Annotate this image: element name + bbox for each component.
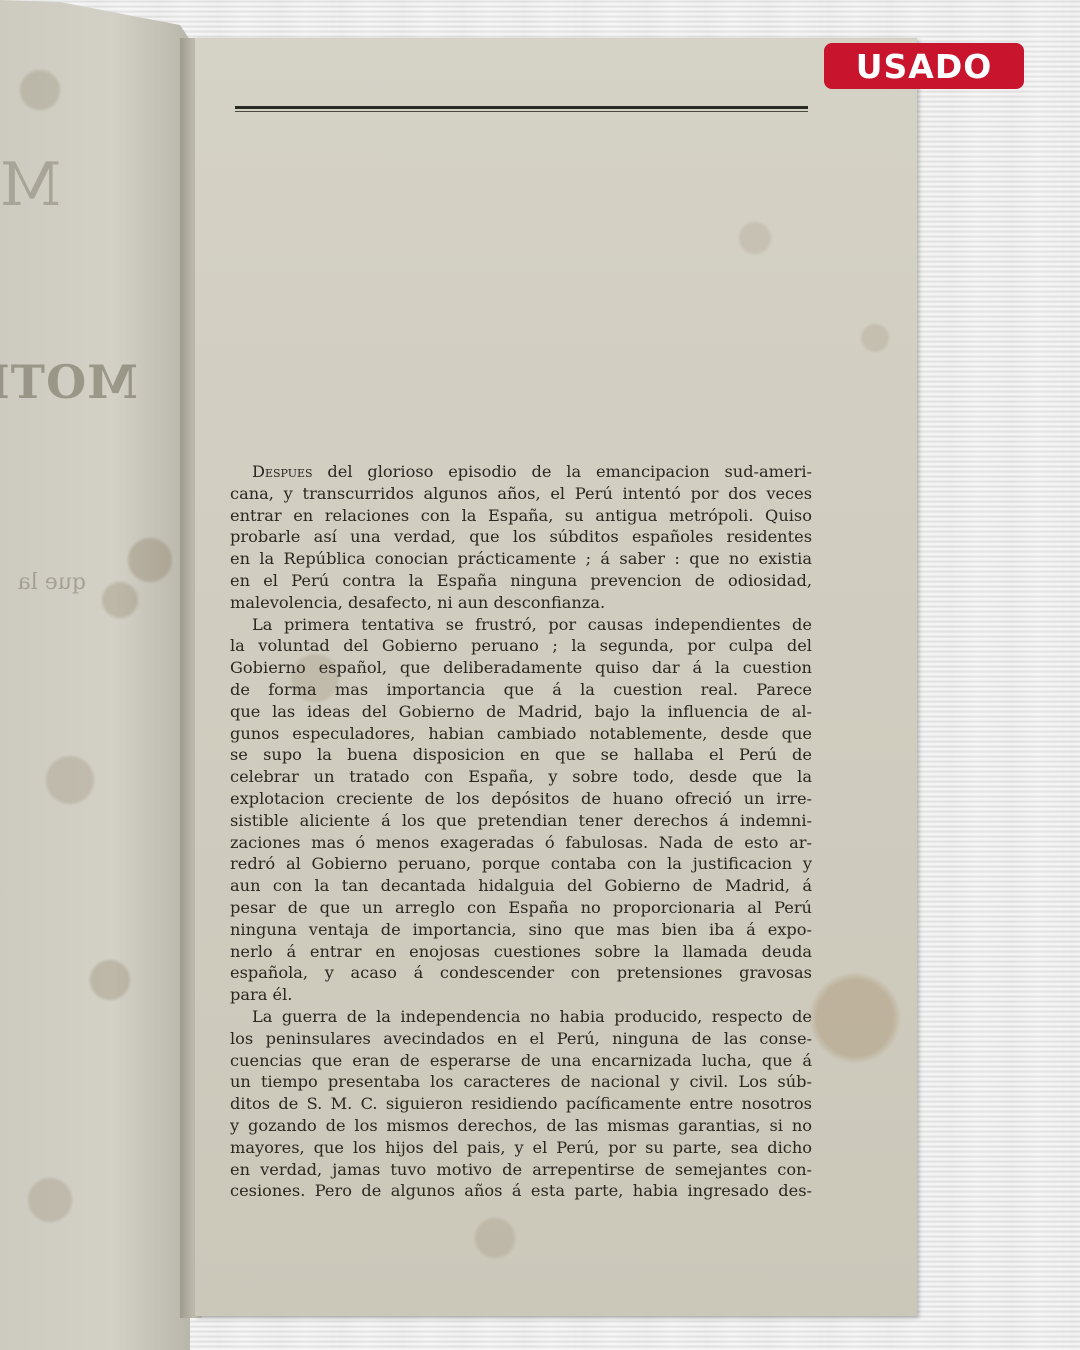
text-line: La guerra de la independencia no habia p…	[230, 1006, 812, 1028]
text-line: ditos de S. M. C. siguieron residiendo p…	[230, 1093, 812, 1115]
text-line: los peninsulares avecindados en el Perú,…	[230, 1028, 812, 1050]
text-line: en el Perú contra la España ninguna prev…	[230, 570, 812, 592]
text-line: nerlo á entrar en enojosas cuestiones so…	[230, 941, 812, 963]
text-line: y gozando de los mismos derechos, de las…	[230, 1115, 812, 1137]
text-line: se supo la buena disposicion en que se h…	[230, 744, 812, 766]
text-line: celebrar un tratado con España, y sobre …	[230, 766, 812, 788]
text-line: de forma mas importancia que á la cuesti…	[230, 679, 812, 701]
text-line: ninguna ventaja de importancia, sino que…	[230, 919, 812, 941]
text-line: entrar en relaciones con la España, su a…	[230, 505, 812, 527]
text-line: zaciones mas ó menos exageradas ó fabulo…	[230, 832, 812, 854]
text-line: gunos especuladores, habian cambiado not…	[230, 723, 812, 745]
header-rule	[235, 106, 808, 109]
right-page: Despues del glorioso episodio de la eman…	[195, 38, 917, 1316]
text-line: para él.	[230, 984, 812, 1006]
left-page-bleed-text-top: M	[0, 150, 61, 220]
left-page: M MOTIVO que la	[0, 0, 190, 1350]
text-line: cesiones. Pero de algunos años á esta pa…	[230, 1180, 812, 1202]
text-line: pesar de que un arreglo con España no pr…	[230, 897, 812, 919]
text-line: aun con la tan decantada hidalguia del G…	[230, 875, 812, 897]
text-line: sistible aliciente á los que pretendian …	[230, 810, 812, 832]
text-line: española, y acaso á condescender con pre…	[230, 962, 812, 984]
text-line: redró al Gobierno peruano, porque contab…	[230, 853, 812, 875]
text-line: en la República conocian prácticamente ;…	[230, 548, 812, 570]
text-line: cana, y transcurridos algunos años, el P…	[230, 483, 812, 505]
left-page-bleed-text-title: MOTIVO	[8, 355, 138, 409]
text-line: malevolencia, desafecto, ni aun desconfi…	[230, 592, 812, 614]
lead-word: Despues	[252, 462, 313, 481]
text-line: Gobierno español, que deliberadamente qu…	[230, 657, 812, 679]
text-line: la voluntad del Gobierno peruano ; la se…	[230, 635, 812, 657]
text-line: cuencias que eran de esperarse de una en…	[230, 1050, 812, 1072]
left-page-bleed-text-sub: que la	[6, 570, 86, 595]
text-line: explotacion creciente de los depósitos d…	[230, 788, 812, 810]
text-line: que las ideas del Gobierno de Madrid, ba…	[230, 701, 812, 723]
text-line: Despues del glorioso episodio de la eman…	[230, 461, 812, 483]
text-line: mayores, que los hijos del pais, y el Pe…	[230, 1137, 812, 1159]
text-line: en verdad, jamas tuvo motivo de arrepent…	[230, 1159, 812, 1181]
condition-badge-used: USADO	[824, 43, 1024, 89]
text-line: La primera tentativa se frustró, por cau…	[230, 614, 812, 636]
document-body: Despues del glorioso episodio de la eman…	[230, 461, 812, 1202]
text-line: probarle así una verdad, que los súbdito…	[230, 526, 812, 548]
text-line: un tiempo presentaba los caracteres de n…	[230, 1071, 812, 1093]
